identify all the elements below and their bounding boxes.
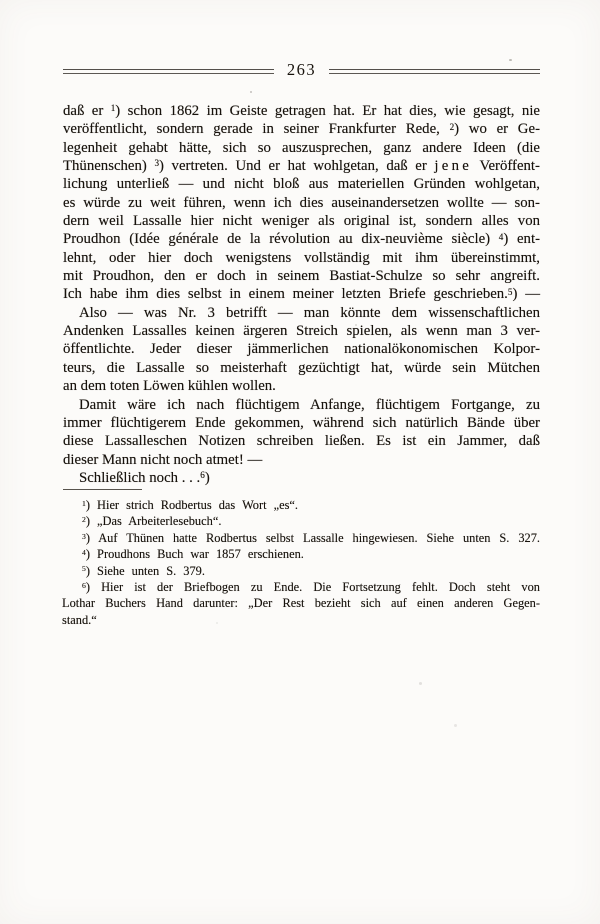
header-rule-right: [329, 69, 540, 74]
text-segment: teurs, die Lassalle so meisterhaft gezüc…: [63, 360, 540, 376]
text-segment: Damit wäre ich nach flüchtigem Anfange, …: [79, 397, 540, 413]
text-segment: ) —: [512, 286, 540, 302]
footnote-line: stand.“: [62, 612, 540, 628]
body-text: daß er 1) schon 1862 im Geiste getragen …: [63, 102, 540, 487]
text-segment: stand.“: [62, 613, 97, 627]
footnote-ref: 2: [450, 122, 455, 132]
header-rule-left: [63, 69, 274, 74]
text-segment: „Das Arbeiterlesebuch“.: [97, 514, 221, 528]
body-line: Andenken Lassalles keinen ärgeren Streic…: [63, 322, 540, 340]
footnote-ref: 5: [82, 564, 86, 573]
text-segment: Auf Thünen hatte Rodbertus selbst Lassal…: [98, 531, 540, 545]
body-line: lehnt, oder hier doch wenigstens vollstä…: [63, 249, 540, 267]
text-segment: daß er: [63, 103, 111, 119]
text-segment: Ich habe ihm dies selbst in einem meiner…: [63, 286, 508, 302]
text-segment: legenheit gehabt hätte, sich so auszuspr…: [63, 140, 540, 156]
paragraph: Also — was Nr. 3 betrifft — man könnte d…: [63, 304, 540, 396]
footnote-ref: 3: [154, 158, 159, 168]
book-page-scan: 263 daß er 1) schon 1862 im Geiste getra…: [0, 0, 600, 924]
body-line: mit Proudhon, den er doch in seinem Bast…: [63, 267, 540, 285]
footnotes: 1) Hier strich Rodbertus das Wort „es“.2…: [62, 497, 540, 628]
body-line: immer flüchtigerem Ende gekommen, währen…: [63, 414, 540, 432]
text-segment: ): [86, 498, 97, 512]
footnote-line: 5) Siehe unten S. 379.: [62, 563, 540, 579]
text-segment: ): [86, 580, 101, 594]
footnote-ref: 4: [82, 548, 86, 557]
footnote-ref: 5: [508, 287, 513, 297]
scan-speck: [454, 724, 457, 727]
page-number: 263: [287, 61, 316, 79]
body-line: teurs, die Lassalle so meisterhaft gezüc…: [63, 359, 540, 377]
text-segment: Hier ist der Briefbogen zu Ende. Die For…: [101, 580, 540, 594]
text-segment: veröffentlicht, sondern gerade in seiner…: [63, 121, 450, 137]
text-segment: immer flüchtigerem Ende gekommen, währen…: [63, 415, 540, 431]
body-line: Thünenschen) 3) vertreten. Und er hat wo…: [63, 157, 540, 175]
body-line: Also — was Nr. 3 betrifft — man könnte d…: [63, 304, 540, 322]
footnote-line: 4) Proudhons Buch war 1857 erschienen.: [62, 546, 540, 562]
text-segment: öffentlichte. Jeder dieser jämmerlichen …: [63, 341, 540, 357]
body-line: lichung unterließ — und nicht bloß aus m…: [63, 175, 540, 193]
text-segment: dieser Mann nicht noch atmet! —: [63, 452, 262, 468]
text-segment: Proudhon (Idée générale de la révolution…: [63, 231, 499, 247]
body-line: Schließlich noch . . .6): [63, 469, 540, 487]
text-segment: ) vertreten. Und er hat wohlgetan, daß e…: [159, 158, 434, 174]
footnote-ref: 6: [82, 581, 86, 590]
paragraph: Damit wäre ich nach flüchtigem Anfange, …: [63, 396, 540, 469]
text-segment: Schließlich noch . . .: [79, 470, 200, 486]
text-segment: ): [86, 547, 97, 561]
text-segment: Lothar Buchers Hand darunter: „Der Rest …: [62, 596, 540, 610]
body-line: dieser Mann nicht noch atmet! —: [63, 451, 540, 469]
text-segment: Proudhons Buch war 1857 erschienen.: [97, 547, 304, 561]
body-line: legenheit gehabt hätte, sich so auszuspr…: [63, 139, 540, 157]
text-segment: dern weil Lassalle hier nicht weniger al…: [63, 213, 540, 229]
text-segment: lichung unterließ — und nicht bloß aus m…: [63, 176, 540, 192]
footnote-separator: [63, 489, 142, 490]
text-segment: Veröffent-: [472, 158, 540, 174]
text-segment: Hier strich Rodbertus das Wort „es“.: [97, 498, 298, 512]
body-line: diese Lassalleschen Notizen schreiben li…: [63, 432, 540, 450]
paragraph: daß er 1) schon 1862 im Geiste getragen …: [63, 102, 540, 304]
footnote-ref: 3: [82, 532, 86, 541]
text-segment: mit Proudhon, den er doch in seinem Bast…: [63, 268, 540, 284]
footnote-line: 3) Auf Thünen hatte Rodbertus selbst Las…: [62, 530, 540, 546]
text-segment: ) ent-: [503, 231, 540, 247]
page-header: 263: [63, 61, 540, 81]
footnote-line: 1) Hier strich Rodbertus das Wort „es“.: [62, 497, 540, 513]
text-segment: ) schon 1862 im Geiste getragen hat. Er …: [115, 103, 540, 119]
body-line: Ich habe ihm dies selbst in einem meiner…: [63, 285, 540, 303]
footnote-ref: 2: [82, 515, 86, 524]
footnote-ref: 1: [111, 103, 116, 113]
footnote-ref: 6: [200, 470, 205, 480]
footnote-ref: 4: [499, 232, 504, 242]
scan-speck: [419, 682, 422, 685]
body-line: dern weil Lassalle hier nicht weniger al…: [63, 212, 540, 230]
body-line: Proudhon (Idée générale de la révolution…: [63, 230, 540, 248]
body-line: daß er 1) schon 1862 im Geiste getragen …: [63, 102, 540, 120]
body-line: an dem toten Löwen kühlen wollen.: [63, 377, 540, 395]
text-segment: ): [86, 531, 98, 545]
text-segment: Also — was Nr. 3 betrifft — man könnte d…: [79, 305, 540, 321]
body-line: veröffentlicht, sondern gerade in seiner…: [63, 120, 540, 138]
scan-speck: [355, 324, 357, 326]
footnote-line: 2) „Das Arbeiterlesebuch“.: [62, 513, 540, 529]
paragraph: Schließlich noch . . .6): [63, 469, 540, 487]
text-segment: ) wo er Ge-: [454, 121, 540, 137]
body-line: öffentlichte. Jeder dieser jämmerlichen …: [63, 340, 540, 358]
text-segment: ): [86, 564, 97, 578]
footnote-ref: 1: [82, 499, 86, 508]
text-segment: Thünenschen): [63, 158, 154, 174]
text-segment: lehnt, oder hier doch wenigstens vollstä…: [63, 250, 540, 266]
scan-speck: [216, 622, 218, 624]
text-segment: es würde zu weit führen, wenn ich dies a…: [63, 195, 540, 211]
body-line: es würde zu weit führen, wenn ich dies a…: [63, 194, 540, 212]
scan-speck: [250, 91, 252, 93]
text-segment: Siehe unten S. 379.: [97, 564, 205, 578]
body-line: Damit wäre ich nach flüchtigem Anfange, …: [63, 396, 540, 414]
footnote-line: Lothar Buchers Hand darunter: „Der Rest …: [62, 595, 540, 611]
text-segment: diese Lassalleschen Notizen schreiben li…: [63, 433, 540, 449]
text-segment: ): [86, 514, 97, 528]
text-segment: Andenken Lassalles keinen ärgeren Streic…: [63, 323, 540, 339]
text-segment: ): [205, 470, 210, 486]
footnote-line: 6) Hier ist der Briefbogen zu Ende. Die …: [62, 579, 540, 595]
text-segment: an dem toten Löwen kühlen wollen.: [63, 378, 276, 394]
scan-speck: [509, 59, 512, 61]
text-segment: jene: [434, 158, 472, 174]
